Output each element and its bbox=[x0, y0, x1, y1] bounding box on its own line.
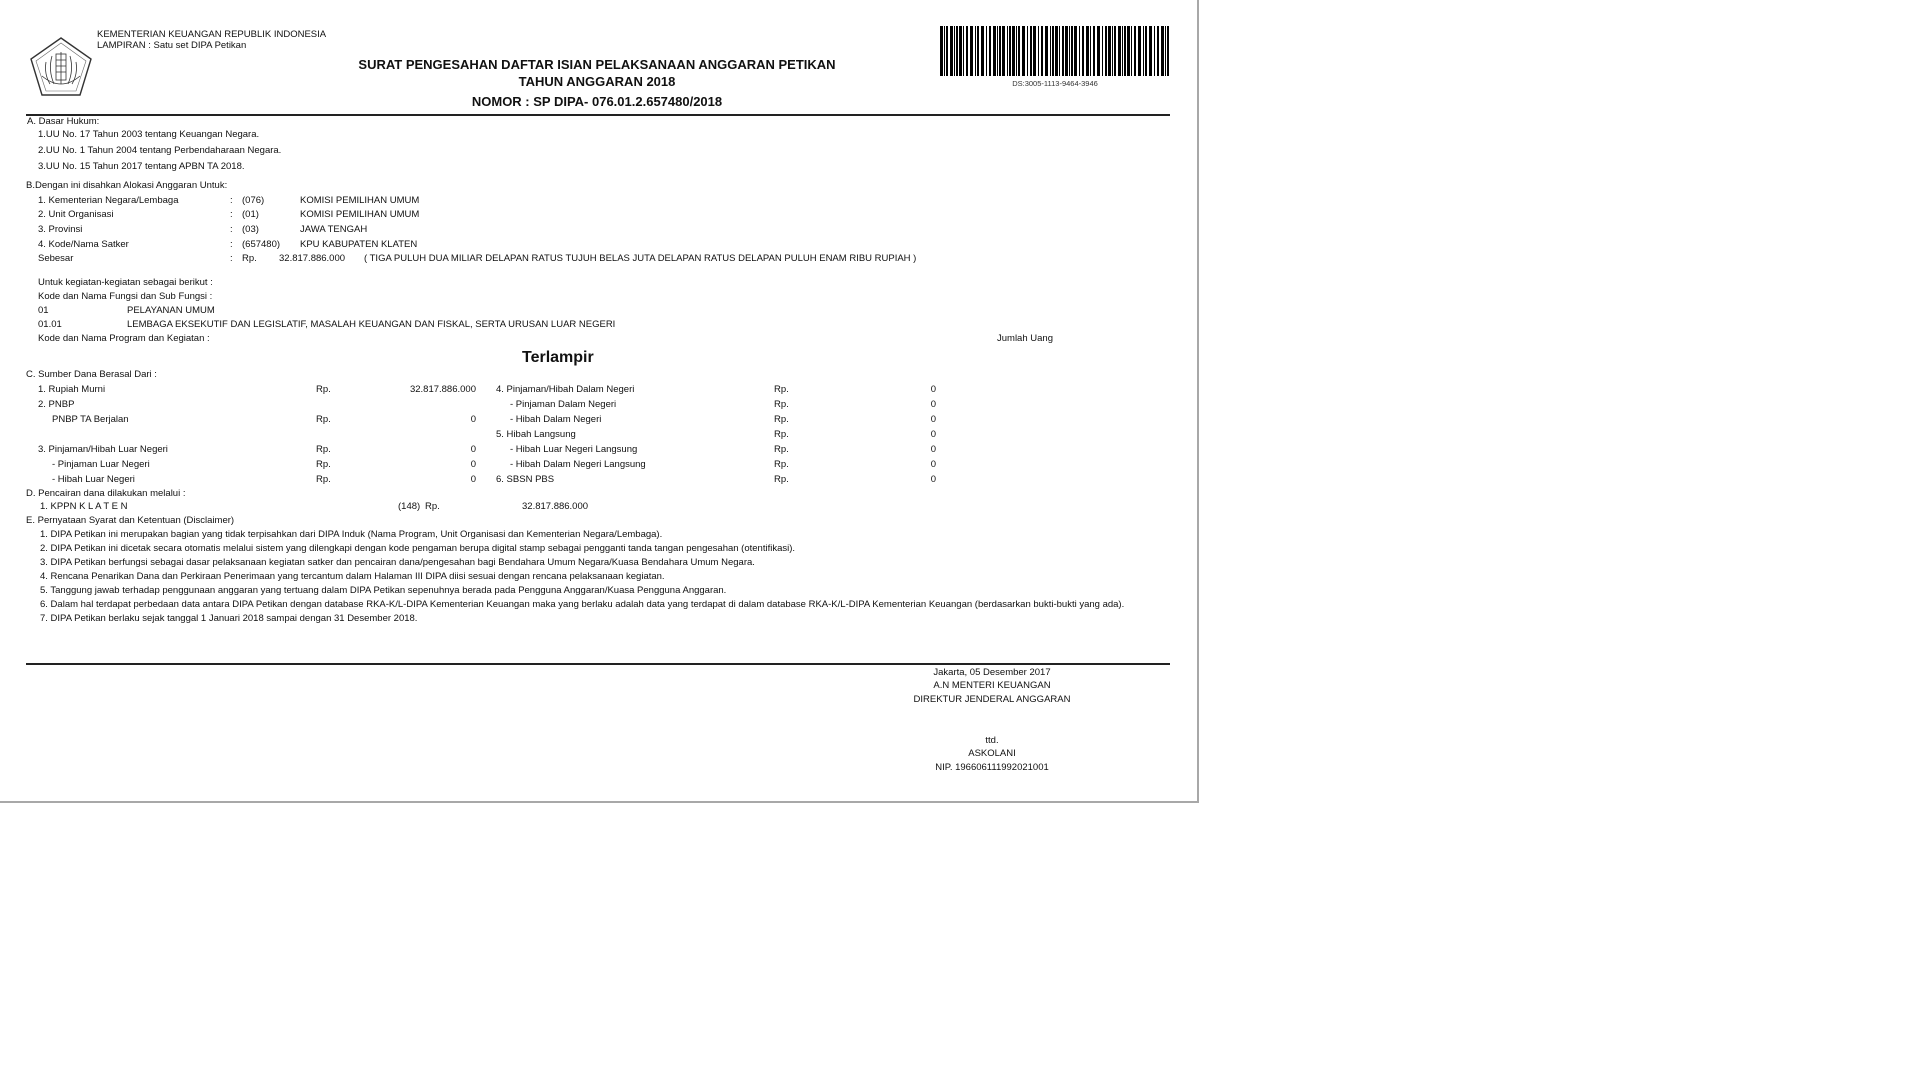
fund-source-currency: Rp. bbox=[774, 399, 789, 411]
fund-source-currency: Rp. bbox=[316, 459, 331, 471]
fund-source-label: 2. PNBP bbox=[38, 399, 74, 411]
allocation-colon: : bbox=[230, 224, 233, 236]
fund-source-currency: Rp. bbox=[316, 444, 331, 456]
allocation-label: 3. Provinsi bbox=[38, 224, 82, 236]
section-c-heading: C. Sumber Dana Berasal Dari : bbox=[26, 369, 157, 381]
kppn-code: (148) bbox=[398, 501, 420, 513]
signature-on-behalf: A.N MENTERI KEUANGAN bbox=[862, 680, 1122, 692]
kppn-currency: Rp. bbox=[425, 501, 440, 513]
terlampir-label: Terlampir bbox=[522, 349, 594, 367]
kppn-amount: 32.817.886.000 bbox=[522, 501, 588, 513]
fund-source-amount: 0 bbox=[380, 474, 476, 486]
fund-source-currency: Rp. bbox=[774, 459, 789, 471]
allocation-code: (03) bbox=[242, 224, 259, 236]
barcode-text: DS:3005-1113-9464-3946 bbox=[940, 79, 1170, 88]
fund-source-amount: 0 bbox=[380, 444, 476, 456]
allocation-code: (01) bbox=[242, 209, 259, 221]
ministry-emblem-icon bbox=[28, 36, 94, 98]
fund-source-currency: Rp. bbox=[316, 414, 331, 426]
fund-source-label: 5. Hibah Langsung bbox=[496, 429, 576, 441]
allocation-value: KOMISI PEMILIHAN UMUM bbox=[300, 209, 419, 221]
fund-source-amount: 0 bbox=[840, 474, 936, 486]
fund-source-label: - Hibah Luar Negeri Langsung bbox=[510, 444, 637, 456]
disclaimer-item: 2. DIPA Petikan ini dicetak secara otoma… bbox=[40, 543, 795, 555]
allocation-label: 2. Unit Organisasi bbox=[38, 209, 114, 221]
fund-source-label: 1. Rupiah Murni bbox=[38, 384, 105, 396]
sebesar-currency: Rp. bbox=[242, 253, 257, 265]
section-a-item: 2.UU No. 1 Tahun 2004 tentang Perbendaha… bbox=[38, 145, 281, 157]
signature-position: DIREKTUR JENDERAL ANGGARAN bbox=[862, 694, 1122, 706]
fund-source-amount: 0 bbox=[840, 459, 936, 471]
disclaimer-item: 7. DIPA Petikan berlaku sejak tanggal 1 … bbox=[40, 613, 417, 625]
fund-source-label: - Hibah Dalam Negeri Langsung bbox=[510, 459, 646, 471]
fund-source-label: - Hibah Dalam Negeri bbox=[510, 414, 601, 426]
allocation-label: 4. Kode/Nama Satker bbox=[38, 239, 129, 251]
disclaimer-item: 1. DIPA Petikan ini merupakan bagian yan… bbox=[40, 529, 662, 541]
header-divider bbox=[26, 114, 1170, 116]
disclaimer-item: 6. Dalam hal terdapat perbedaan data ant… bbox=[40, 599, 1124, 611]
signature-signed: ttd. bbox=[862, 735, 1122, 747]
fund-source-label: 4. Pinjaman/Hibah Dalam Negeri bbox=[496, 384, 634, 396]
program-label: Kode dan Nama Program dan Kegiatan : bbox=[38, 333, 210, 345]
sebesar-colon: : bbox=[230, 253, 233, 265]
fund-source-amount: 0 bbox=[840, 429, 936, 441]
fund-source-amount: 0 bbox=[840, 414, 936, 426]
barcode-icon bbox=[940, 26, 1170, 76]
signature-name: ASKOLANI bbox=[862, 748, 1122, 760]
fund-source-currency: Rp. bbox=[774, 429, 789, 441]
allocation-code: (076) bbox=[242, 195, 264, 207]
jumlah-uang-label: Jumlah Uang bbox=[997, 333, 1053, 345]
sebesar-label: Sebesar bbox=[38, 253, 73, 265]
section-a-heading: A. Dasar Hukum: bbox=[27, 116, 99, 128]
fund-source-currency: Rp. bbox=[774, 414, 789, 426]
allocation-value: KOMISI PEMILIHAN UMUM bbox=[300, 195, 419, 207]
signature-nip: NIP. 196606111992021001 bbox=[862, 762, 1122, 774]
kppn-label: 1. KPPN K L A T E N bbox=[40, 501, 127, 513]
signature-divider bbox=[26, 663, 1170, 665]
disclaimer-item: 4. Rencana Penarikan Dana dan Perkiraan … bbox=[40, 571, 665, 583]
subfungsi-code: 01.01 bbox=[38, 319, 62, 331]
document-number: NOMOR : SP DIPA- 076.01.2.657480/2018 bbox=[247, 94, 947, 110]
allocation-value: KPU KABUPATEN KLATEN bbox=[300, 239, 417, 251]
kegiatan-intro: Untuk kegiatan-kegiatan sebagai berikut … bbox=[38, 277, 213, 289]
fund-source-currency: Rp. bbox=[774, 384, 789, 396]
fund-source-label: - Pinjaman Luar Negeri bbox=[52, 459, 150, 471]
signature-place-date: Jakarta, 05 Desember 2017 bbox=[862, 667, 1122, 679]
fund-source-currency: Rp. bbox=[774, 444, 789, 456]
fund-source-currency: Rp. bbox=[316, 474, 331, 486]
fund-source-amount: 0 bbox=[840, 444, 936, 456]
allocation-colon: : bbox=[230, 195, 233, 207]
fund-source-currency: Rp. bbox=[774, 474, 789, 486]
fund-source-label: PNBP TA Berjalan bbox=[52, 414, 129, 426]
document-year: TAHUN ANGGARAN 2018 bbox=[247, 74, 947, 90]
section-e-heading: E. Pernyataan Syarat dan Ketentuan (Disc… bbox=[26, 515, 234, 527]
fund-source-amount: 0 bbox=[840, 384, 936, 396]
sebesar-amount: 32.817.886.000 bbox=[279, 253, 345, 265]
document-page: KEMENTERIAN KEUANGAN REPUBLIK INDONESIA … bbox=[0, 0, 1199, 803]
document-title: SURAT PENGESAHAN DAFTAR ISIAN PELAKSANAA… bbox=[247, 57, 947, 73]
subfungsi-name: LEMBAGA EKSEKUTIF DAN LEGISLATIF, MASALA… bbox=[127, 319, 615, 331]
fund-source-amount: 0 bbox=[380, 459, 476, 471]
lampiran-label: LAMPIRAN : Satu set DIPA Petikan bbox=[97, 40, 246, 52]
disclaimer-item: 3. DIPA Petikan berfungsi sebagai dasar … bbox=[40, 557, 755, 569]
sebesar-words: ( TIGA PULUH DUA MILIAR DELAPAN RATUS TU… bbox=[364, 253, 916, 265]
fund-source-amount: 32.817.886.000 bbox=[380, 384, 476, 396]
fund-source-amount: 0 bbox=[380, 414, 476, 426]
section-a-item: 1.UU No. 17 Tahun 2003 tentang Keuangan … bbox=[38, 129, 259, 141]
fund-source-amount: 0 bbox=[840, 399, 936, 411]
allocation-code: (657480) bbox=[242, 239, 280, 251]
fungsi-name: PELAYANAN UMUM bbox=[127, 305, 215, 317]
section-b-heading: B.Dengan ini disahkan Alokasi Anggaran U… bbox=[26, 180, 227, 192]
disclaimer-item: 5. Tanggung jawab terhadap penggunaan an… bbox=[40, 585, 726, 597]
fungsi-code: 01 bbox=[38, 305, 49, 317]
fund-source-label: - Pinjaman Dalam Negeri bbox=[510, 399, 616, 411]
fungsi-label: Kode dan Nama Fungsi dan Sub Fungsi : bbox=[38, 291, 212, 303]
fund-source-label: - Hibah Luar Negeri bbox=[52, 474, 135, 486]
fund-source-currency: Rp. bbox=[316, 384, 331, 396]
allocation-label: 1. Kementerian Negara/Lembaga bbox=[38, 195, 178, 207]
allocation-value: JAWA TENGAH bbox=[300, 224, 367, 236]
fund-source-label: 6. SBSN PBS bbox=[496, 474, 554, 486]
section-d-heading: D. Pencairan dana dilakukan melalui : bbox=[26, 488, 185, 500]
allocation-colon: : bbox=[230, 239, 233, 251]
allocation-colon: : bbox=[230, 209, 233, 221]
section-a-item: 3.UU No. 15 Tahun 2017 tentang APBN TA 2… bbox=[38, 161, 245, 173]
fund-source-label: 3. Pinjaman/Hibah Luar Negeri bbox=[38, 444, 168, 456]
